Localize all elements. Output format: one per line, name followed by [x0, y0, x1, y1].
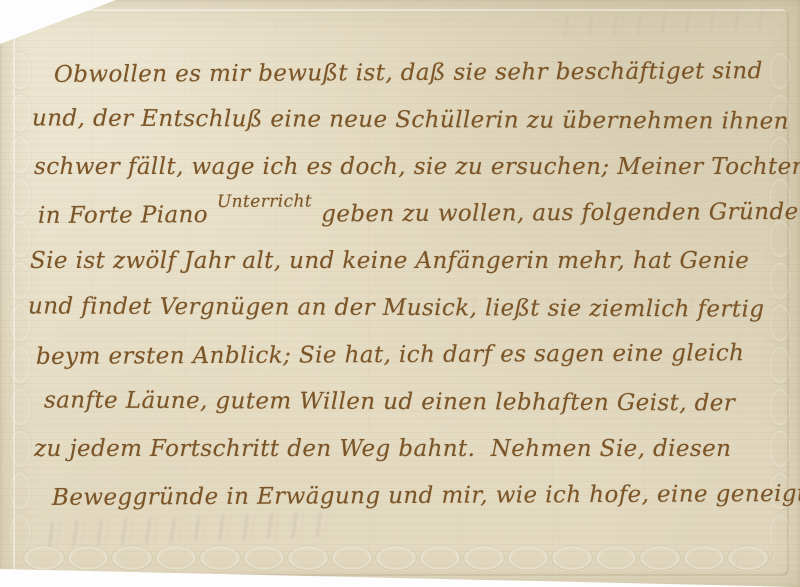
- scan-background: Obwollen es mir bewußt ist, daß sie sehr…: [0, 0, 800, 587]
- letter-paper-sheet: Obwollen es mir bewußt ist, daß sie sehr…: [0, 0, 800, 587]
- letter-line: sanfte Läune, gutem Willen ud einen lebh…: [28, 377, 776, 427]
- letter-text: Obwollen es mir bewußt ist, daß sie sehr…: [28, 50, 776, 520]
- letter-line-with-insertion: in Forte PianoUnterrichtgeben zu wollen,…: [28, 189, 776, 240]
- interlinear-insertion-word: Unterricht: [217, 178, 312, 225]
- letter-line: und, der Entschluß eine neue Schüllerin …: [28, 95, 776, 145]
- embossed-scallop-border: [22, 545, 774, 573]
- line-segment-post: geben zu wollen, aus folgenden Gründen .: [321, 199, 800, 228]
- letter-line: Sie ist zwölf Jahr alt, und keine Anfäng…: [28, 238, 776, 285]
- letter-line: und findet Vergnügen an der Musick, ließ…: [28, 283, 776, 333]
- verso-bleedthrough-smudge: [560, 9, 776, 37]
- letter-line: schwer fällt, wage ich es doch, sie zu e…: [28, 144, 776, 191]
- letter-line: beym ersten Anblick; Sie hat, ich darf e…: [28, 330, 776, 381]
- letter-line: Obwollen es mir bewußt ist, daß sie sehr…: [28, 48, 776, 99]
- letter-line: Beweggründe in Erwägung und mir, wie ich…: [28, 471, 776, 522]
- line-segment-pre: in Forte Piano: [38, 202, 208, 229]
- letter-line: zu jedem Fortschritt den Weg bahnt. Nehm…: [28, 426, 776, 473]
